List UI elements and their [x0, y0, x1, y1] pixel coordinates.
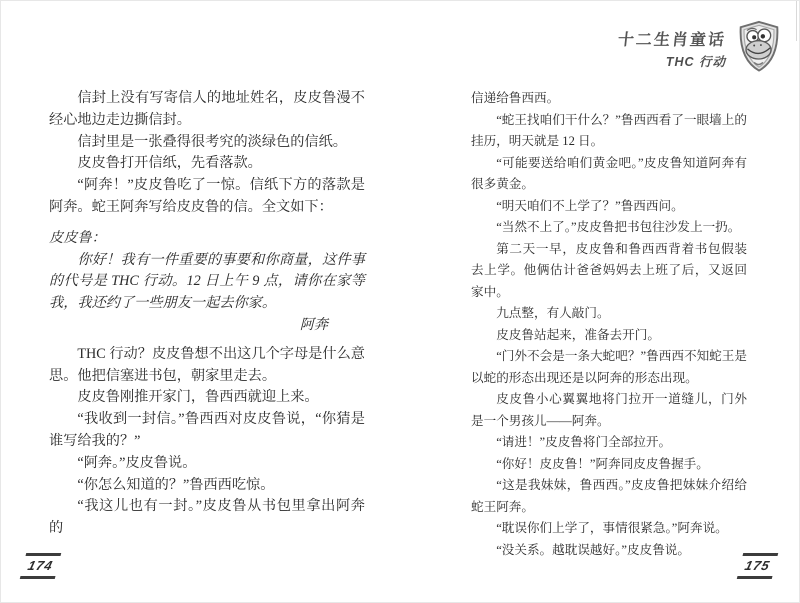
paragraph: 皮皮鲁小心翼翼地将门拉开一道缝儿，门外是一个男孩儿——阿奔。 — [471, 389, 747, 432]
paragraph: “耽误你们上学了，事情很紧急。”阿奔说。 — [471, 518, 747, 540]
page-number-right: 175 — [737, 553, 778, 579]
book-spread: 十二生肖童话 THC 行动 信封上没有写寄信人的地址姓名，皮皮鲁漫不经心地边走边… — [0, 0, 800, 603]
paragraph: “门外不会是一条大蛇吧？”鲁西西不知蛇王是以蛇的形态出现还是以阿奔的形态出现。 — [471, 346, 747, 389]
page-number-left-value: 174 — [26, 558, 54, 573]
page-number-right-value: 175 — [744, 558, 772, 573]
paragraph: “阿奔。”皮皮鲁说。 — [49, 453, 365, 475]
paragraph: “当然不上了。”皮皮鲁把书包往沙发上一扔。 — [471, 217, 747, 239]
paragraph: 第二天一早，皮皮鲁和鲁西西背着书包假装去上学。他俩估计爸爸妈妈去上班了后，又返回… — [471, 239, 747, 304]
paragraph: “没关系。越耽误越好。”皮皮鲁说。 — [471, 540, 747, 562]
paragraph: 你好！我有一件重要的事要和你商量，这件事的代号是 THC 行动。12 日上午 9… — [49, 250, 365, 315]
paragraph: 皮皮鲁打开信纸，先看落款。 — [49, 153, 365, 175]
snake-shield-badge-icon — [733, 20, 785, 77]
paragraph: “可能要送给咱们黄金吧。”皮皮鲁知道阿奔有很多黄金。 — [471, 153, 747, 196]
paragraph: 九点整，有人敲门。 — [471, 303, 747, 325]
scan-edge-line — [796, 1, 797, 41]
page-left-text: 信封上没有写寄信人的地址姓名，皮皮鲁漫不经心地边走边撕信封。信封里是一张叠得很考… — [49, 88, 365, 540]
page-number-left: 174 — [20, 553, 61, 579]
logo-text-block: 十二生肖童话 THC 行动 — [618, 27, 726, 70]
paragraph: “明天咱们不上学了？”鲁西西问。 — [471, 196, 747, 218]
paragraph: “阿奔！”皮皮鲁吃了一惊。信纸下方的落款是阿奔。蛇王阿奔写给皮皮鲁的信。全文如下… — [49, 175, 365, 219]
paragraph: “我这儿也有一封。”皮皮鲁从书包里拿出阿奔的 — [49, 496, 365, 540]
paragraph: “请进！”皮皮鲁将门全部拉开。 — [471, 432, 747, 454]
paragraph: 皮皮鲁刚推开家门，鲁西西就迎上来。 — [49, 387, 365, 409]
paragraph: 信封里是一张叠得很考究的淡绿色的信纸。 — [49, 132, 365, 154]
paragraph: “蛇王找咱们干什么？”鲁西西看了一眼墙上的挂历，明天就是 12 日。 — [471, 110, 747, 153]
paragraph: 信递给鲁西西。 — [471, 88, 747, 110]
paragraph: “这是我妹妹，鲁西西。”皮皮鲁把妹妹介绍给蛇王阿奔。 — [471, 475, 747, 518]
paragraph: THC 行动？皮皮鲁想不出这几个字母是什么意思。他把信塞进书包，朝家里走去。 — [49, 344, 365, 388]
paragraph: 皮皮鲁站起来，准备去开门。 — [471, 325, 747, 347]
paragraph: 皮皮鲁： — [49, 228, 365, 250]
page-right-text: 信递给鲁西西。“蛇王找咱们干什么？”鲁西西看了一眼墙上的挂历，明天就是 12 日… — [471, 88, 747, 561]
paragraph: 阿奔 — [49, 315, 365, 337]
paragraph: 信封上没有写寄信人的地址姓名，皮皮鲁漫不经心地边走边撕信封。 — [49, 88, 365, 132]
paragraph: “我收到一封信。”鲁西西对皮皮鲁说，“你猜是谁写给我的？” — [49, 409, 365, 453]
book-logo: 十二生肖童话 THC 行动 — [618, 20, 785, 77]
series-subtitle: THC 行动 — [618, 52, 726, 70]
series-title: 十二生肖童话 — [617, 27, 727, 50]
paragraph: “你好！皮皮鲁！”阿奔同皮皮鲁握手。 — [471, 454, 747, 476]
paragraph: “你怎么知道的？”鲁西西吃惊。 — [49, 475, 365, 497]
